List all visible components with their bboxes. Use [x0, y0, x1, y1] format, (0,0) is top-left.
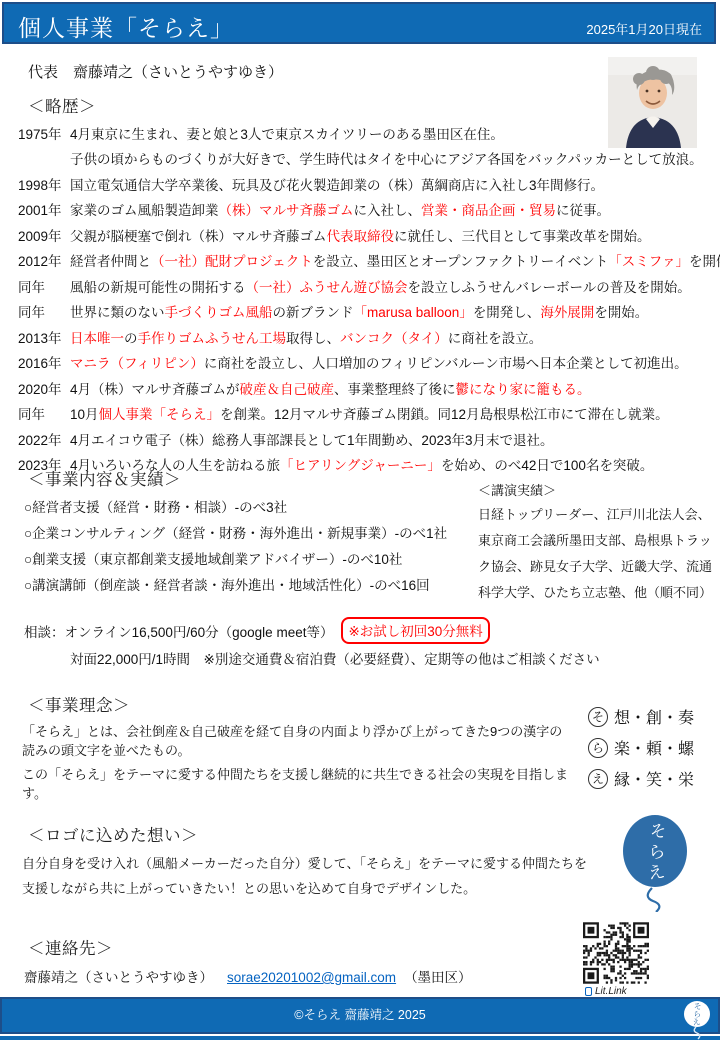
timeline-segment: （株）マルサ斉藤ゴム — [219, 203, 354, 218]
timeline-segment: （一社）ふうせん遊び協会 — [246, 280, 408, 295]
timeline-segment: 手づくりゴム風船 — [165, 305, 273, 320]
page-title: 個人事業「そらえ」 — [18, 10, 234, 43]
timeline-text: 10月個人事業「そらえ」を創業。12月マルサ斉藤ゴム閉鎖。同12月島根県松江市に… — [70, 403, 669, 423]
timeline-segment: 4月（株）マルサ斉藤ゴムが — [70, 382, 240, 397]
timeline-segment: 手作りゴムふうせん工場 — [138, 331, 287, 346]
timeline-segment: の新ブランド — [273, 305, 354, 320]
timeline-segment: 風船の新規可能性の開拓する — [70, 280, 246, 295]
timeline-segment: 経営者仲間と — [70, 254, 151, 269]
footer-bar: ©そらえ 齋藤靖之 2025 — [0, 997, 720, 1034]
timeline-text: 4月エイコウ電子（株）総務人事部課長として1年間勤め、2023年3月末で退社。 — [70, 429, 553, 449]
trial-free-badge: ※お試し初回30分無料 — [341, 617, 489, 644]
timeline-segment: に入社し、 — [354, 203, 422, 218]
timeline-text: 経営者仲間と（一社）配財プロジェクトを設立、墨田区とオープンファクトリーイベント… — [70, 250, 720, 270]
timeline-segment: 個人事業「そらえ」 — [99, 407, 221, 422]
timeline-segment: を設立、墨田区とオープンファクトリーイベント — [313, 254, 609, 269]
timeline-segment: に商社を設立。 — [448, 331, 543, 346]
timeline-segment: 「スミファ」 — [608, 254, 689, 269]
timeline-segment: を始め、のべ42日で100名を突破。 — [441, 458, 654, 473]
timeline-row: 同年世界に類のない手づくりゴム風船の新ブランド「marusa balloon」を… — [18, 299, 712, 325]
kanji-rows: そ想・創・奏ら楽・頼・螺え縁・笑・栄 — [588, 701, 694, 794]
timeline-segment: を創業。12月マルサ斉藤ゴム閉鎖。同12月島根県松江市にて滞在し就業。 — [220, 407, 669, 422]
timeline-segment: を開始。 — [594, 305, 648, 320]
timeline-segment: 子供の頃からものづくりが大好きで、学生時代はタイを中心にアジア各国をバックパッカ… — [70, 152, 703, 167]
email-link[interactable]: sorae20201002@gmail.com — [227, 970, 396, 985]
timeline-row: 2016年マニラ（フィリピン）に商社を設立し、人口増加のフィリピンバルーン市場へ… — [18, 350, 712, 376]
philosophy-paragraph-2: この「そらえ」をテーマに愛する仲間たちを支援し継続的に共生できる社会の実現を目指… — [22, 765, 574, 803]
representative-name: 代表 齋藤靖之（さいとうやすゆき） — [28, 61, 283, 82]
timeline-year: 2009年 — [18, 225, 70, 245]
litlink-label: Lit.Link — [585, 986, 627, 997]
pricing-line-online: 相談：オンライン16,500円/60分（google meet等） ※お試し初回… — [24, 617, 490, 644]
timeline-segment: 家業のゴム風船製造卸業 — [70, 203, 219, 218]
timeline-row: 同年10月個人事業「そらえ」を創業。12月マルサ斉藤ゴム閉鎖。同12月島根県松江… — [18, 401, 712, 427]
timeline-segment: 国立電気通信大学卒業後、玩具及び花火製造卸業の（株）萬綱商店に入社し3年間修行。 — [70, 178, 604, 193]
timeline-segment: 4月東京に生まれ、妻と娘と3人で東京スカイツリーのある墨田区在住。 — [70, 127, 504, 142]
timeline-row: 2020年4月（株）マルサ斉藤ゴムが破産＆自己破産、事業整理終了後に鬱になり家に… — [18, 375, 712, 401]
timeline-text: 世界に類のない手づくりゴム風船の新ブランド「marusa balloon」を開発… — [70, 301, 648, 321]
contact-name: 齋藤靖之（さいとうやすゆき） — [24, 970, 213, 985]
business-items: ○経営者支援（経営・財務・相談）-のべ3社○企業コンサルティング（経営・財務・海… — [24, 496, 474, 600]
timeline-year: 2020年 — [18, 378, 70, 398]
timeline-row: 1998年国立電気通信大学卒業後、玩具及び花火製造卸業の（株）萬綱商店に入社し3… — [18, 171, 712, 197]
bottom-edge-strip — [0, 1036, 720, 1040]
business-item: ○経営者支援（経営・財務・相談）-のべ3社 — [24, 496, 474, 522]
timeline-segment: 「marusa balloon」 — [354, 305, 473, 320]
timeline-year: 2013年 — [18, 327, 70, 347]
timeline-text: マニラ（フィリピン）に商社を設立し、人口増加のフィリピンバルーン市場へ日本企業と… — [70, 352, 688, 372]
history-rows: 1975年4月東京に生まれ、妻と娘と3人で東京スカイツリーのある墨田区在住。子供… — [18, 120, 712, 477]
business-item: ○創業支援（東京都創業支援地域創業アドバイザー）-のべ10社 — [24, 548, 474, 574]
timeline-row: 同年風船の新規可能性の開拓する（一社）ふうせん遊び協会を設立しふうせんバレーボー… — [18, 273, 712, 299]
timeline-segment: 「ヒアリングジャーニー」 — [280, 458, 441, 473]
contact-line: 齋藤靖之（さいとうやすゆき）sorae20201002@gmail.com（墨田… — [24, 966, 472, 986]
kana-circle: え — [588, 769, 608, 789]
timeline-row: 2022年4月エイコウ電子（株）総務人事部課長として1年間勤め、2023年3月末… — [18, 426, 712, 452]
timeline-segment: 海外展開 — [540, 305, 594, 320]
lectures-heading: ＜講演実績＞ — [478, 480, 556, 499]
timeline-year: 1975年 — [18, 123, 70, 143]
timeline-row: 2013年日本唯一の手作りゴムふうせん工場取得し、バンコク（タイ）に商社を設立。 — [18, 324, 712, 350]
timeline-text: 風船の新規可能性の開拓する（一社）ふうせん遊び協会を設立しふうせんバレーボールの… — [70, 276, 691, 296]
timeline-segment: 取得し、 — [286, 331, 340, 346]
kanji-row: そ想・創・奏 — [588, 701, 694, 732]
pricing-line-inperson: 対面22,000円/1時間 ※別途交通費＆宿泊費（必要経費）、定期等の他はご相談… — [70, 648, 600, 668]
history-heading: ＜略歴＞ — [28, 93, 96, 117]
timeline-segment: 父親が脳梗塞で倒れ（株）マルサ斉藤ゴム — [70, 229, 327, 244]
timeline-row: 2012年経営者仲間と（一社）配財プロジェクトを設立、墨田区とオープンファクトリ… — [18, 248, 712, 274]
business-heading: ＜事業内容＆実績＞ — [28, 466, 181, 490]
timeline-row: 2001年家業のゴム風船製造卸業（株）マルサ斉藤ゴムに入社し、営業・商品企画・貿… — [18, 197, 712, 223]
timeline-text: 日本唯一の手作りゴムふうせん工場取得し、バンコク（タイ）に商社を設立。 — [70, 327, 542, 347]
timeline-segment: に就任し、三代目として事業改革を開始。 — [394, 229, 651, 244]
timeline-row: 子供の頃からものづくりが大好きで、学生時代はタイを中心にアジア各国をバックパッカ… — [18, 146, 712, 172]
timeline-text: 父親が脳梗塞で倒れ（株）マルサ斉藤ゴム代表取締役に就任し、三代目として事業改革を… — [70, 225, 651, 245]
kanji-text: 想・創・奏 — [614, 705, 694, 728]
kana-circle: そ — [588, 707, 608, 727]
kana-circle: ら — [588, 738, 608, 758]
timeline-segment: 世界に類のない — [70, 305, 165, 320]
timeline-segment: に従事。 — [556, 203, 610, 218]
timeline-year: 2016年 — [18, 352, 70, 372]
timeline-year: 同年 — [18, 276, 70, 296]
timeline-year: 1998年 — [18, 174, 70, 194]
philosophy-paragraph-1: 「そらえ」とは、会社倒産＆自己破産を経て自身の内面より浮かび上がってきた9つの漢… — [22, 722, 574, 760]
header-date: 2025年1月20日現在 — [586, 19, 702, 38]
kanji-row: ら楽・頼・螺 — [588, 732, 694, 763]
kanji-text: 楽・頼・螺 — [614, 736, 694, 759]
logo-text: 自分自身を受け入れ（風船メーカーだった自分）愛して、「そらえ」をテーマに愛する仲… — [22, 851, 594, 901]
kanji-row: え縁・笑・栄 — [588, 763, 694, 794]
timeline-segment: 、事業整理終了後に — [334, 382, 456, 397]
contact-area: （墨田区） — [404, 970, 472, 985]
header-bar: 個人事業「そらえ」 2025年1月20日現在 — [2, 2, 716, 44]
timeline-segment: の — [124, 331, 138, 346]
timeline-row: 2009年父親が脳梗塞で倒れ（株）マルサ斉藤ゴム代表取締役に就任し、三代目として… — [18, 222, 712, 248]
timeline-text: 4月（株）マルサ斉藤ゴムが破産＆自己破産、事業整理終了後に鬱になり家に籠もる。 — [70, 378, 591, 398]
timeline-text: 家業のゴム風船製造卸業（株）マルサ斉藤ゴムに入社し、営業・商品企画・貿易に従事。 — [70, 199, 610, 219]
timeline-year: 2001年 — [18, 199, 70, 219]
timeline-segment: 代表取締役 — [327, 229, 395, 244]
litlink-icon — [585, 987, 592, 996]
timeline-segment: を開発し、 — [473, 305, 541, 320]
timeline-segment: 10月 — [70, 407, 99, 422]
timeline-text: 国立電気通信大学卒業後、玩具及び花火製造卸業の（株）萬綱商店に入社し3年間修行。 — [70, 174, 604, 194]
timeline-segment: （一社）配財プロジェクト — [151, 254, 313, 269]
timeline-segment: に商社を設立し、人口増加のフィリピンバルーン市場へ日本企業として初進出。 — [204, 356, 688, 371]
timeline-segment: を開催。 — [689, 254, 720, 269]
logo-heading: ＜ロゴに込めた想い＞ — [28, 822, 198, 846]
balloon-logo: そらえ — [622, 812, 700, 912]
timeline-segment: バンコク（タイ） — [340, 331, 448, 346]
timeline-year: 同年 — [18, 301, 70, 321]
timeline-row: 1975年4月東京に生まれ、妻と娘と3人で東京スカイツリーのある墨田区在住。 — [18, 120, 712, 146]
business-item: ○講演講師（倒産談・経営者談・海外進出・地域活性化）-のべ16回 — [24, 574, 474, 600]
timeline-year: 2012年 — [18, 250, 70, 270]
footer-balloon-logo: そらえ — [682, 1000, 714, 1040]
timeline-segment: 営業・商品企画・貿易 — [421, 203, 556, 218]
timeline-year: 2022年 — [18, 429, 70, 449]
copyright-text: ©そらえ 齋藤靖之 2025 — [2, 999, 718, 1031]
contact-heading: ＜連絡先＞ — [28, 935, 113, 959]
timeline-segment: を設立しふうせんバレーボールの普及を開始。 — [408, 280, 691, 295]
philosophy-heading: ＜事業理念＞ — [28, 692, 130, 716]
timeline-segment: マニラ（フィリピン） — [70, 356, 204, 371]
timeline-year: 同年 — [18, 403, 70, 423]
lectures-text: 日経トップリーダー、江戸川北法人会、東京商工会議所墨田支部、島根県トラック協会、… — [478, 502, 714, 606]
qr-code — [583, 922, 649, 984]
timeline-segment: 4月エイコウ電子（株）総務人事部課長として1年間勤め、2023年3月末で退社。 — [70, 433, 553, 448]
business-item: ○企業コンサルティング（経営・財務・海外進出・新規事業）-のべ1社 — [24, 522, 474, 548]
pricing-online-text: 相談：オンライン16,500円/60分（google meet等） — [24, 621, 333, 641]
timeline-segment: 破産＆自己破産 — [240, 382, 335, 397]
timeline-segment: 日本唯一 — [70, 331, 124, 346]
timeline-text: 4月東京に生まれ、妻と娘と3人で東京スカイツリーのある墨田区在住。 — [70, 123, 504, 143]
kanji-text: 縁・笑・栄 — [614, 767, 694, 790]
timeline-segment: 鬱になり家に籠もる。 — [456, 382, 591, 397]
timeline-text: 子供の頃からものづくりが大好きで、学生時代はタイを中心にアジア各国をバックパッカ… — [70, 148, 703, 168]
